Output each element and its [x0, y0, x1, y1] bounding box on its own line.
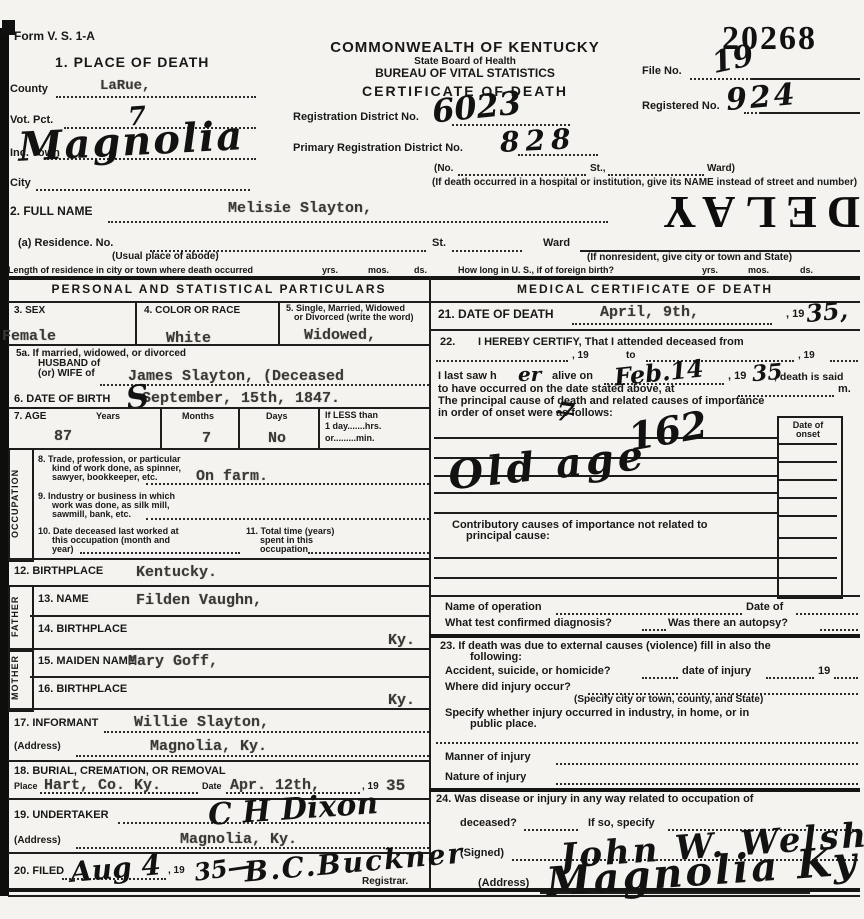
- rule: [8, 276, 860, 280]
- father-name-value: Filden Vaughn,: [136, 592, 262, 609]
- burial-year-value: 35: [386, 777, 405, 795]
- spouse-value: James Slayton, (Deceased: [128, 368, 344, 385]
- mother-side-label: MOTHER: [11, 650, 20, 706]
- age-less-label-2: 1 day.......hrs.: [325, 422, 381, 431]
- contributory-line-2: principal cause:: [466, 531, 550, 543]
- rule: [429, 634, 860, 638]
- rule: [8, 344, 429, 346]
- occupation-side-label: OCCUPATION: [11, 450, 20, 556]
- rule: [429, 276, 431, 890]
- rule: [556, 763, 858, 765]
- primary-registration-label: Primary Registration District No.: [293, 143, 463, 155]
- rule: [556, 613, 742, 615]
- father-birthplace-label: 14. BIRTHPLACE: [38, 624, 127, 636]
- rule: [642, 677, 678, 679]
- last-saw-post: , death is said: [774, 372, 843, 383]
- marital-label-2: or Divorced (write the word): [294, 313, 414, 322]
- burial-date-label: Date: [202, 782, 222, 791]
- length-residence-label: Length of residence in city or town wher…: [8, 266, 253, 275]
- rule: [458, 174, 586, 176]
- age-years-label: Years: [96, 412, 120, 421]
- filed-date-value: Aug 4: [69, 848, 162, 889]
- rule: [238, 407, 240, 448]
- rule: [434, 577, 777, 579]
- rule: [104, 731, 429, 733]
- injury-19: 19: [818, 666, 830, 678]
- rule: [429, 788, 860, 792]
- rule: [429, 595, 860, 597]
- city-label: City: [10, 178, 31, 190]
- age-days-value: No: [268, 430, 286, 447]
- rule: [80, 552, 240, 554]
- last-saw-pre: I last saw h: [438, 371, 497, 383]
- certify-text: I HEREBY CERTIFY, That I attended deceas…: [478, 337, 744, 349]
- test-label: What test confirmed diagnosis?: [445, 618, 612, 630]
- rule: [135, 301, 137, 344]
- mos-label-2: mos.: [748, 266, 769, 275]
- rule: [8, 648, 429, 650]
- place-of-death-title: 1. PLACE OF DEATH: [55, 55, 209, 70]
- operation-label: Name of operation: [445, 602, 542, 614]
- sex-value: Female: [2, 328, 56, 345]
- us-length-label: How long in U. S., if of foreign birth?: [458, 266, 614, 275]
- father-name-label: 13. NAME: [38, 594, 89, 606]
- specify-city-note: (Specify city or town, county, and State…: [574, 695, 763, 706]
- rule: [779, 557, 837, 559]
- total-time-label-3: occupation: [260, 545, 308, 554]
- rule: [30, 676, 429, 678]
- mother-birthplace-label: 16. BIRTHPLACE: [38, 684, 127, 696]
- st-label: St.,: [590, 164, 606, 175]
- rule: [8, 760, 429, 762]
- rule: [796, 613, 858, 615]
- accident-label: Accident, suicide, or homicide?: [445, 666, 611, 678]
- undertaker-label: 19. UNDERTAKER: [14, 810, 109, 822]
- rule: [36, 189, 250, 191]
- rule: [108, 221, 608, 223]
- rule: [8, 585, 429, 587]
- rule: [608, 174, 704, 176]
- rule: [160, 407, 162, 448]
- rule: [434, 512, 777, 514]
- age-months-value: 7: [202, 430, 211, 447]
- age-days-label: Days: [266, 412, 288, 421]
- certify-number: 22.: [440, 337, 455, 349]
- rule: [642, 629, 666, 631]
- mother-name-label: 15. MAIDEN NAME: [38, 656, 135, 668]
- manner-injury-label: Manner of injury: [445, 752, 531, 764]
- cause-of-death-value: Old age: [446, 432, 649, 500]
- last-saw-alive: alive on: [552, 371, 593, 383]
- specify-whether-line-2: public place.: [470, 719, 537, 731]
- registrar-label: Registrar.: [362, 877, 408, 888]
- if-so-specify-label: If so, specify: [588, 818, 655, 830]
- date-of-death-value: April, 9th,: [600, 304, 699, 321]
- informant-value: Willie Slayton,: [134, 714, 269, 731]
- rule: [434, 557, 777, 559]
- dob-value: September, 15th, 1847.: [142, 390, 340, 407]
- rule: [436, 360, 568, 362]
- industry-label-3: sawmill, bank, etc.: [52, 510, 131, 519]
- rule: [779, 515, 837, 517]
- trade-label-3: sawyer, bookkeeper, etc.: [52, 473, 158, 482]
- rule: [779, 443, 837, 445]
- external-causes-line-2: following:: [470, 652, 522, 664]
- race-value: White: [166, 330, 211, 347]
- occurred-line: to have occurred on the date stated abov…: [438, 384, 675, 396]
- file-no-value: 19: [709, 38, 757, 81]
- father-birthplace-value: Ky.: [388, 632, 415, 649]
- date-of-death-label: 21. DATE OF DEATH: [438, 308, 554, 321]
- rule: [820, 629, 858, 631]
- filed-label: 20. FILED: [14, 866, 64, 878]
- rule: [8, 895, 860, 897]
- rule: [100, 384, 429, 386]
- rule: [146, 518, 429, 520]
- principal-cause-line-2: in order of onset were as follows:: [438, 408, 613, 420]
- registered-no-value: 924: [725, 77, 799, 118]
- mother-birthplace-value: Ky.: [388, 692, 415, 709]
- signed-label: (Signed): [460, 848, 504, 860]
- ds-label: ds.: [414, 266, 427, 275]
- rule: [8, 708, 429, 710]
- onset-label-2: onset: [779, 430, 837, 439]
- autopsy-label: Was there an autopsy?: [668, 618, 788, 630]
- last-saw-19: , 19: [728, 371, 746, 383]
- nature-injury-label: Nature of injury: [445, 772, 526, 784]
- certify-19b: , 19: [798, 351, 815, 362]
- death-certificate-scan: Form V. S. 1-A 1. PLACE OF DEATH County …: [0, 0, 864, 919]
- last-worked-label-3: year): [52, 545, 74, 554]
- ds-label-2: ds.: [800, 266, 813, 275]
- rule: [452, 250, 522, 252]
- file-no-label: File No.: [642, 66, 682, 78]
- rule: [30, 615, 429, 617]
- injury-date-label: date of injury: [682, 666, 751, 678]
- filed-year-printed: , 19: [168, 866, 185, 877]
- burial-place-label: Place: [14, 782, 38, 791]
- marital-value: Widowed,: [304, 327, 376, 344]
- rule: [572, 323, 772, 325]
- full-name-value: Melisie Slayton,: [228, 200, 372, 217]
- residence-label: (a) Residence. No.: [18, 238, 113, 250]
- burial-label: 18. BURIAL, CREMATION, OR REMOVAL: [14, 766, 226, 778]
- occupation-question-line-2: deceased?: [460, 818, 517, 830]
- bureau-line: BUREAU OF VITAL STATISTICS: [295, 67, 635, 80]
- principal-cause-line-1: The principal cause of death and related…: [438, 396, 764, 408]
- sex-label: 3. SEX: [14, 306, 45, 317]
- registered-no-label: Registered No.: [642, 101, 720, 113]
- ward-label: Ward): [707, 164, 735, 175]
- spouse-label-3: (or) WIFE of: [38, 369, 95, 380]
- rule: [40, 792, 198, 794]
- rule: [779, 461, 837, 463]
- cause-code-value: 162: [625, 401, 711, 459]
- certify-19a: , 19: [572, 351, 589, 362]
- full-name-label: 2. FULL NAME: [10, 205, 92, 218]
- father-side-label: FATHER: [11, 587, 20, 646]
- rule: [779, 479, 837, 481]
- age-years-value: 87: [54, 428, 72, 445]
- rule: [146, 483, 429, 485]
- no-label: (No.: [434, 164, 453, 175]
- mother-name-value: Mary Goff,: [128, 653, 218, 670]
- rule: [436, 742, 858, 744]
- rule: [308, 552, 429, 554]
- rule: [8, 448, 429, 450]
- informant-address-label: (Address): [14, 742, 61, 753]
- signed-address-label: (Address): [478, 878, 529, 890]
- county-label: County: [10, 84, 48, 96]
- rule: [779, 497, 837, 499]
- rule: [8, 407, 429, 409]
- rule: [766, 677, 814, 679]
- abode-note: (Usual place of abode): [112, 252, 219, 263]
- rule: [318, 407, 320, 448]
- rule: [8, 558, 429, 560]
- mos-label: mos.: [368, 266, 389, 275]
- rule: [779, 537, 837, 539]
- delay-stamp: DELAY: [560, 186, 860, 239]
- informant-address-value: Magnolia, Ky.: [150, 738, 267, 755]
- where-injury-label: Where did injury occur?: [445, 682, 571, 694]
- medical-section-title: MEDICAL CERTIFICATE OF DEATH: [430, 283, 860, 296]
- rule: [278, 301, 280, 344]
- rule: [76, 755, 429, 757]
- date-of-death-19: , 19: [786, 309, 804, 321]
- residence-ward-label: Ward: [543, 238, 570, 250]
- nonresident-note: (If nonresident, give city or town and S…: [587, 253, 792, 264]
- age-label: 7. AGE: [14, 412, 46, 423]
- dob-label: 6. DATE OF BIRTH: [14, 394, 110, 406]
- rule: [834, 677, 858, 679]
- cause-mark: 7: [554, 397, 576, 429]
- race-label: 4. COLOR OR RACE: [144, 306, 240, 317]
- rule: [779, 577, 837, 579]
- undertaker-address-value: Magnolia, Ky.: [180, 831, 297, 848]
- residence-st-label: St.: [432, 238, 446, 250]
- primary-registration-value: 828: [499, 122, 577, 159]
- age-months-label: Months: [182, 412, 214, 421]
- personal-section-title: PERSONAL AND STATISTICAL PARTICULARS: [8, 283, 430, 296]
- undertaker-address-label: (Address): [14, 836, 61, 847]
- occurred-m: m.: [838, 384, 851, 396]
- age-less-label-1: If LESS than: [325, 411, 378, 420]
- occupation-question-line-1: 24. Was disease or injury in any way rel…: [436, 794, 753, 806]
- rule: [830, 360, 858, 362]
- informant-label: 17. INFORMANT: [14, 718, 98, 730]
- yrs-label: yrs.: [322, 266, 338, 275]
- date-of-death-year: 35,: [805, 295, 850, 328]
- rule: [56, 96, 256, 98]
- county-value: LaRue,: [100, 78, 150, 94]
- age-less-label-3: or.........min.: [325, 434, 375, 443]
- yrs-label-2: yrs.: [702, 266, 718, 275]
- rule: [429, 329, 860, 331]
- operation-date-label: Date of: [746, 602, 783, 614]
- rule: [556, 783, 858, 785]
- birthplace-label: 12. BIRTHPLACE: [14, 566, 103, 578]
- registration-district-label: Registration District No.: [293, 112, 419, 124]
- rule: [524, 829, 578, 831]
- form-number: Form V. S. 1-A: [14, 30, 95, 43]
- birthplace-value: Kentucky.: [136, 564, 217, 581]
- commonwealth-title: COMMONWEALTH OF KENTUCKY: [295, 40, 635, 56]
